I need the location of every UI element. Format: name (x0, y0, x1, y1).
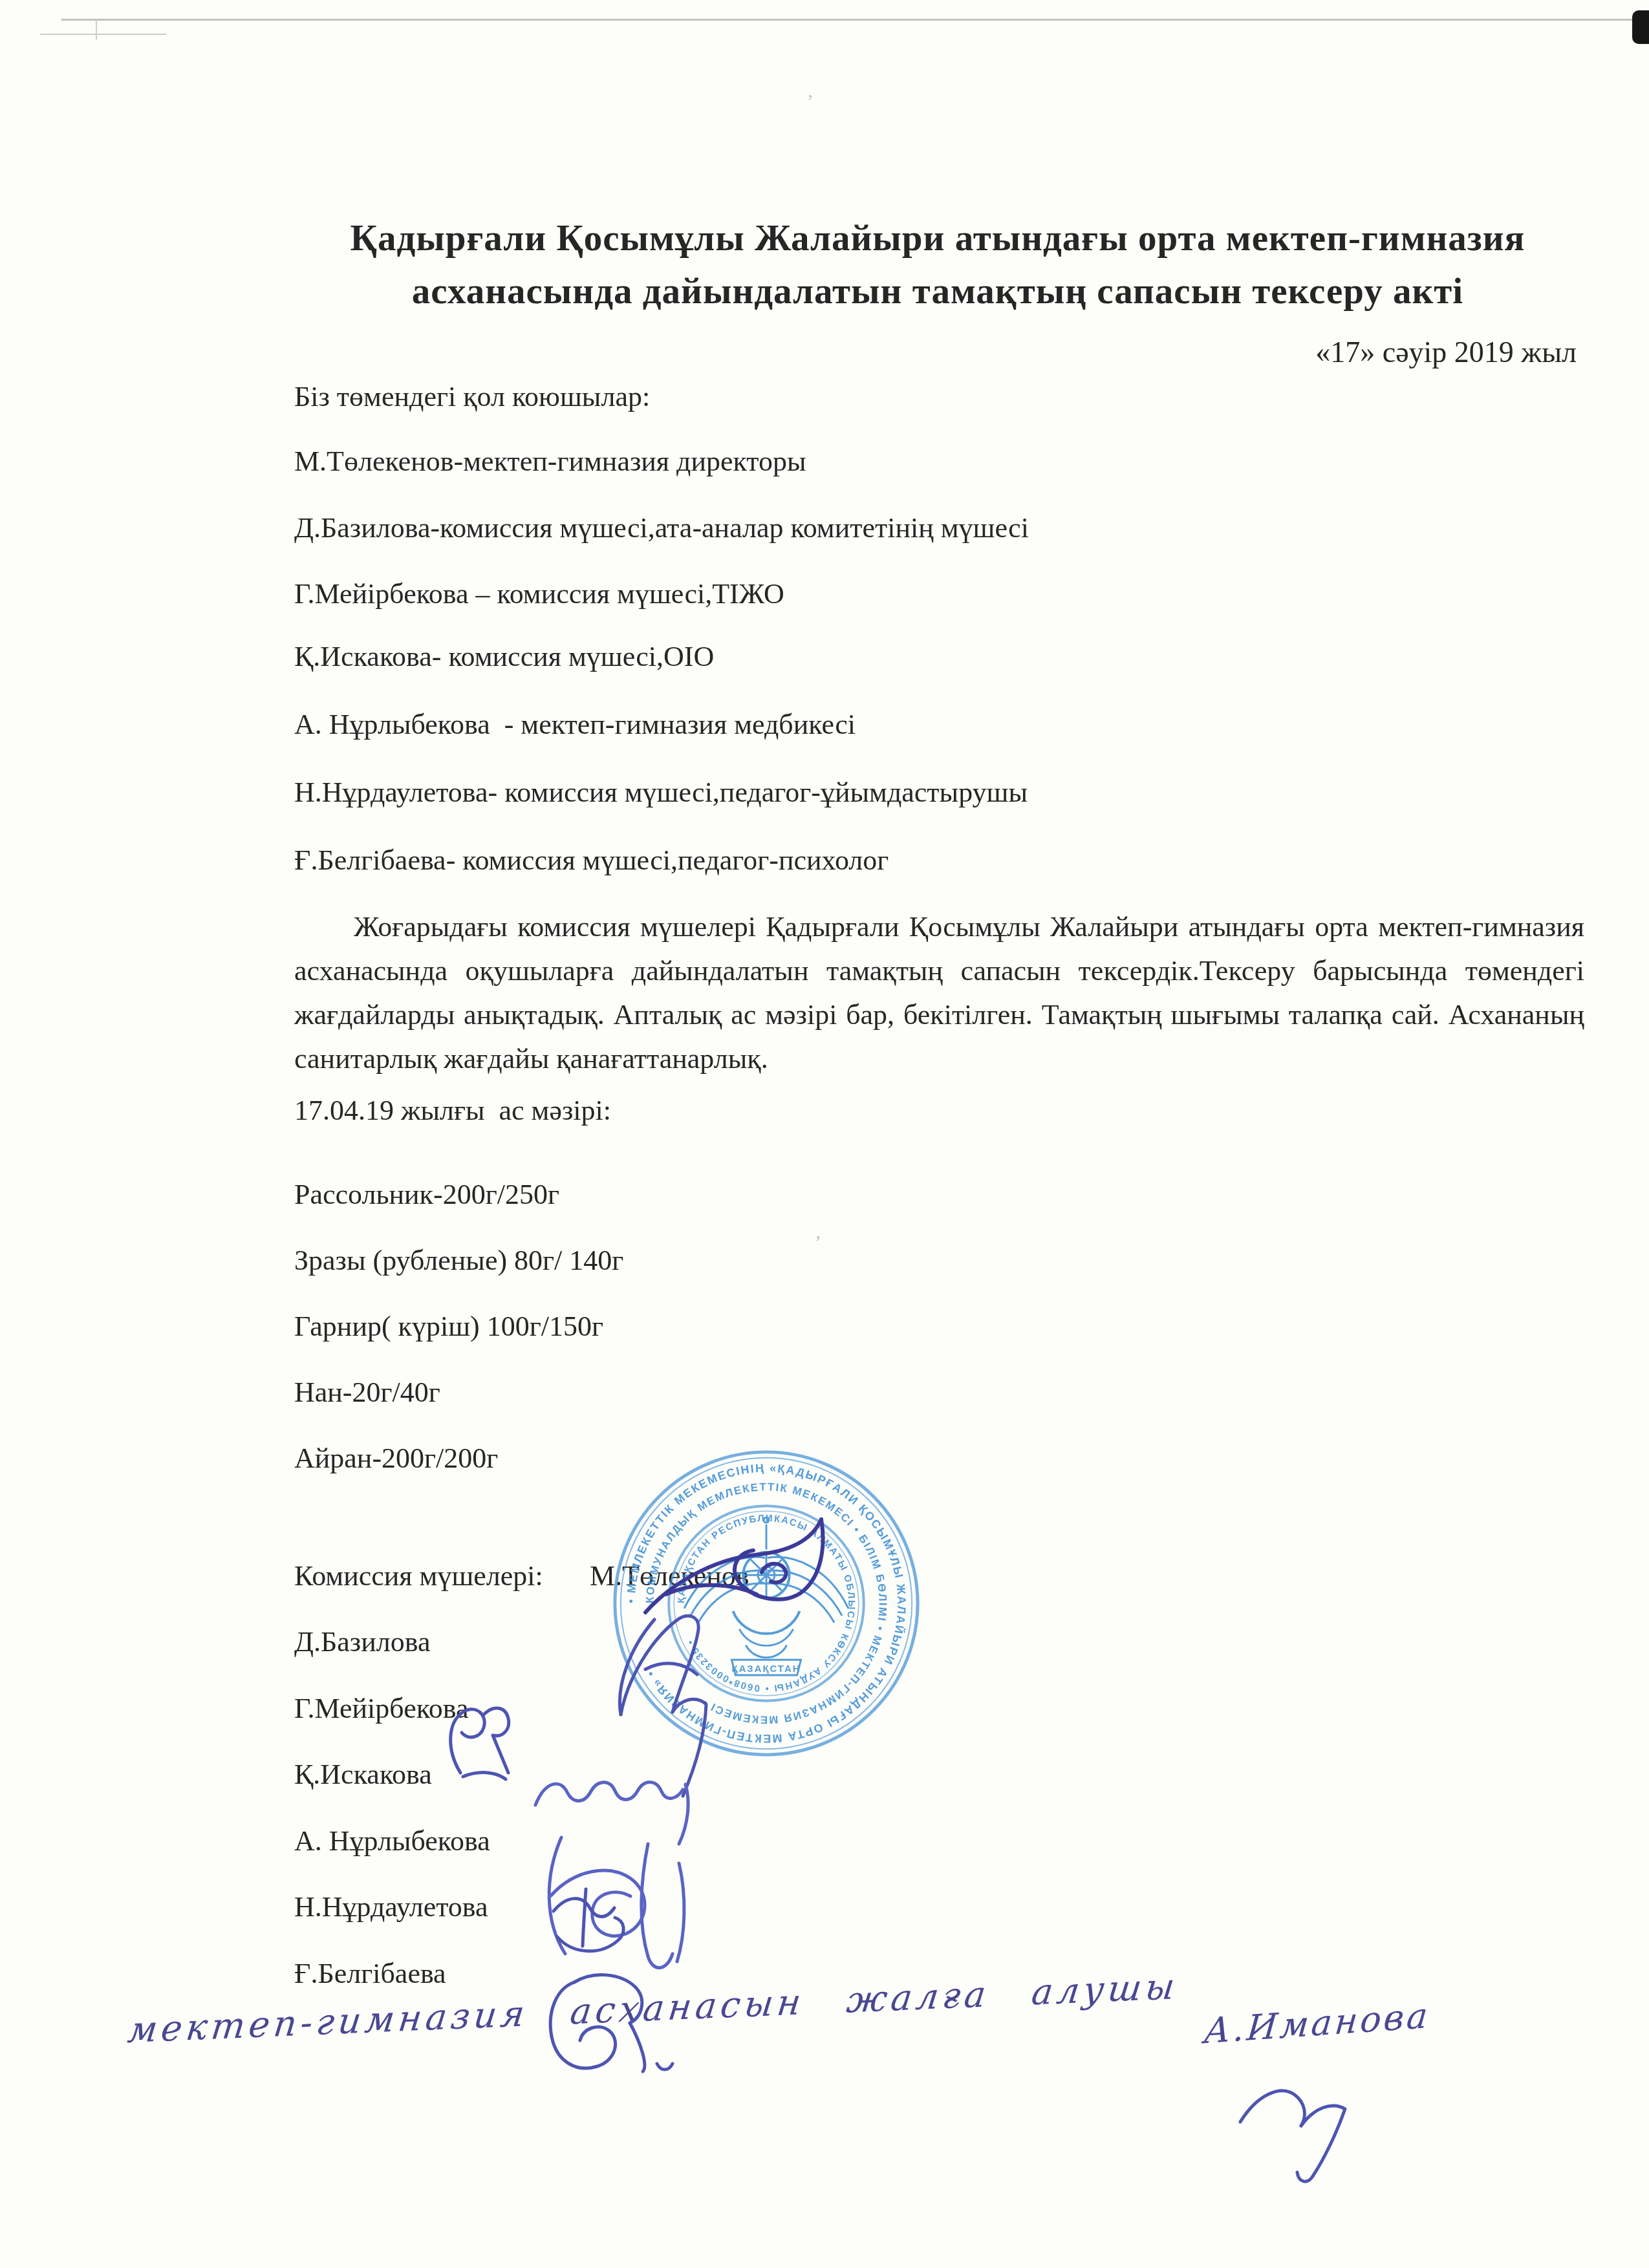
commission-member-3: Қ.Искакова (294, 1758, 432, 1791)
commission-member-5: Н.Нұрдаулетова (294, 1890, 488, 1923)
signature-nurdauletova (554, 1889, 623, 1951)
scan-line-artifact (61, 19, 1649, 21)
signature-nurlybekova (549, 1837, 684, 1968)
signatory-line-4: Қ.Искакова- комиссия мүшесі,ОІО (294, 640, 714, 673)
stamp-outer-ring (615, 1452, 918, 1755)
scan-speck: ’ (815, 1232, 821, 1254)
scanned-document-page: ’ ’ Қадырғали Қосымұлы Жалайыри атындағы… (0, 0, 1649, 2268)
signatory-line-2: Д.Базилова-комиссия мүшесі,ата-аналар ко… (294, 511, 1029, 544)
menu-heading: 17.04.19 жылғы ас мәзірі: (294, 1094, 611, 1127)
signature-iskakova (535, 1782, 688, 1844)
date-line: «17» сәуір 2019 жыл (1315, 335, 1577, 369)
document-title: Қадырғали Қосымұлы Жалайыри атындағы орт… (294, 212, 1581, 318)
handwritten-note: мектеп-гимназия асханасын жалға алушы (125, 1965, 1181, 2051)
menu-item-1: Рассольник-200г/250г (294, 1178, 559, 1211)
menu-item-4: Нан-20г/40г (294, 1376, 440, 1409)
signatory-line-6: Н.Нұрдаулетова- комиссия мүшесі,педагог-… (294, 776, 1028, 809)
corner-scan-mark (1632, 10, 1649, 44)
signatory-line-3: Г.Мейірбекова – комиссия мүшесі,ТІЖО (294, 577, 784, 610)
menu-item-5: Айран-200г/200г (294, 1442, 498, 1475)
title-line-2: асханасында дайындалатын тамақтың сапасы… (294, 265, 1581, 318)
commission-member-4: А. Нұрлыбекова (294, 1824, 490, 1857)
intro-line: Біз төмендегі қол коюшылар: (294, 380, 650, 413)
signature-imanova (1240, 2091, 1345, 2181)
commission-label: Комиссия мүшелері: (294, 1559, 543, 1592)
signatory-line-1: М.Төлекенов-мектеп-гимназия директоры (294, 445, 806, 478)
official-round-stamp: • МЕМЛЕКЕТТІК МЕКЕМЕСІНІҢ «ҚАДЫРҒАЛИ ҚОС… (606, 1443, 927, 1764)
commission-member-2: Г.Мейірбекова (294, 1692, 469, 1725)
body-paragraph: Жоғарыдағы комиссия мүшелері Қадырғали Қ… (294, 905, 1584, 1081)
signatory-line-7: Ғ.Белгібаева- комиссия мүшесі,педагог-пс… (294, 844, 889, 877)
stamp-center-label: ҚАЗАҚСТАН (732, 1664, 801, 1674)
commission-member-1: Д.Базилова (294, 1625, 430, 1658)
menu-item-2: Зразы (рубленые) 80г/ 140г (294, 1244, 623, 1277)
title-line-1: Қадырғали Қосымұлы Жалайыри атындағы орт… (294, 212, 1581, 265)
handwritten-name: А.Иманова (1203, 1995, 1432, 2052)
commission-member-6: Ғ.Белгібаева (294, 1957, 446, 1990)
signatory-line-5: А. Нұрлыбекова - мектеп-гимназия медбике… (294, 708, 856, 741)
scan-line-artifact-2 (40, 34, 166, 35)
scan-speck: ’ (807, 91, 814, 112)
stamp-outer-ring-inner (621, 1458, 912, 1749)
stamp-ring-text-outer: • МЕМЛЕКЕТТІК МЕКЕМЕСІНІҢ «ҚАДЫРҒАЛИ ҚОС… (625, 1462, 909, 1746)
menu-item-3: Гарнир( күріш) 100г/150г (294, 1310, 603, 1343)
scan-tick-artifact (96, 19, 97, 40)
